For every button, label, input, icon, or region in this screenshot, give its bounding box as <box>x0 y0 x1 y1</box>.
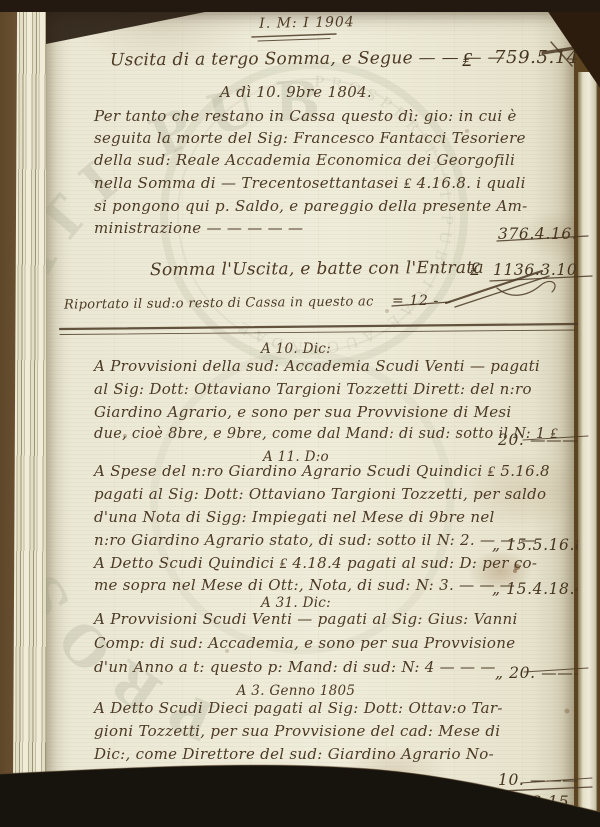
entry-line: A Provvisioni della sud: Accademia Scudi… <box>94 358 540 375</box>
sum-line: Somma l'Uscita, e batte con l'Entrata <box>150 259 484 280</box>
entry-line: d'una Nota di Sigg: Impiegati nel Mese d… <box>94 509 495 526</box>
entry-line: pagati al Sig: Dott: Ottaviano Targioni … <box>94 486 546 503</box>
closing-paragraph-line: seguita la morte del Sig: Francesco Fant… <box>94 130 526 147</box>
photograph-frame: PROSPERITATI PUBLICAE AUGENDAE PROSPERIT… <box>0 0 600 827</box>
entry-line: due, cioè 8bre, e 9bre, come dal Mand: d… <box>94 427 558 443</box>
entry-line: Giardino Agrario, e sono per sua Provvis… <box>94 404 512 421</box>
closing-paragraph-line: si pongono qui p. Saldo, e pareggio dell… <box>94 198 528 215</box>
entry-amount: 20. ——— <box>498 432 578 449</box>
entry-line: A Detto Scudi Dieci pagati al Sig: Dott:… <box>94 700 503 717</box>
closing-paragraph-line: della sud: Reale Accademia Economica dei… <box>94 152 515 169</box>
page-total-amount: 81.3.15. <box>504 793 575 811</box>
entry-amount: „ 15.4.18.4 <box>492 581 586 598</box>
entry-line: Comp: di sud: Accademia, e sono per sua … <box>94 635 515 652</box>
entry-line: A Detto Scudi Quindici ₤ 4.18.4 pagati a… <box>94 555 537 572</box>
entry-date-heading: A 31. Dic: <box>196 596 396 611</box>
entry-amount: „ 20. ——— <box>495 665 589 682</box>
manuscript-page: PROSPERITATI PUBLICAE AUGENDAE PROSPERIT… <box>46 10 574 812</box>
next-page-edge <box>578 72 598 827</box>
entry-line: A Spese del n:ro Giardino Agrario Scudi … <box>94 463 550 480</box>
lira-sign: ₤ <box>462 48 472 70</box>
closing-paragraph-amount: 376.4.16.8 <box>498 226 588 243</box>
entry-amount: „ 15.5.16.8 <box>492 537 586 554</box>
carry-forward-line: Uscita di a tergo Somma, e Segue — — — — <box>110 49 505 70</box>
closing-paragraph-line: ministrazione — — — — — <box>94 220 303 237</box>
carry-forward-amount: 759.5.14 <box>494 48 579 68</box>
entry-amount: 10. ——— <box>498 772 578 789</box>
page-stack-edge <box>13 8 50 808</box>
entry-line: gioni Tozzetti, per sua Provvisione del … <box>94 723 500 740</box>
entry-line: al Sig: Dott: Ottaviano Targioni Tozzett… <box>94 381 532 398</box>
entry-line: d'un Anno a t: questo p: Mand: di sud: N… <box>94 659 496 676</box>
date-line: A dì 10. 9bre 1804. <box>186 84 406 101</box>
archival-mark: I. M: I 1904 <box>232 15 382 33</box>
entry-line: me sopra nel Mese di Ott:, Nota, di sud:… <box>94 577 515 594</box>
entry-date-heading: A 3. Genno 1805 <box>186 684 406 699</box>
entry-date-heading: A 10. Dic: <box>196 342 396 357</box>
entry-line: n:ro Giardino Agrario stato, di sud: sot… <box>94 532 536 549</box>
foxing-specks <box>46 10 48 12</box>
lira-sign: ₤ <box>470 259 480 280</box>
closing-paragraph-line: nella Somma di — Trecentosettantasei ₤ 4… <box>94 175 526 192</box>
cash-rest-amount: = 12 - <box>392 294 439 309</box>
entry-line: minato, e Id: N: 5: — — — — — <box>94 769 340 786</box>
entry-line: A Provvisioni Scudi Venti — pagati al Si… <box>94 611 518 628</box>
closing-paragraph-line: Per tanto che restano in Cassa questo dì… <box>94 108 517 125</box>
entry-line: Dic:, come Direttore del sud: Giardino A… <box>94 746 494 763</box>
cash-rest-line: Riportato il sud:o resto di Cassa in que… <box>64 295 374 313</box>
lira-sign: ₤ <box>482 791 491 811</box>
